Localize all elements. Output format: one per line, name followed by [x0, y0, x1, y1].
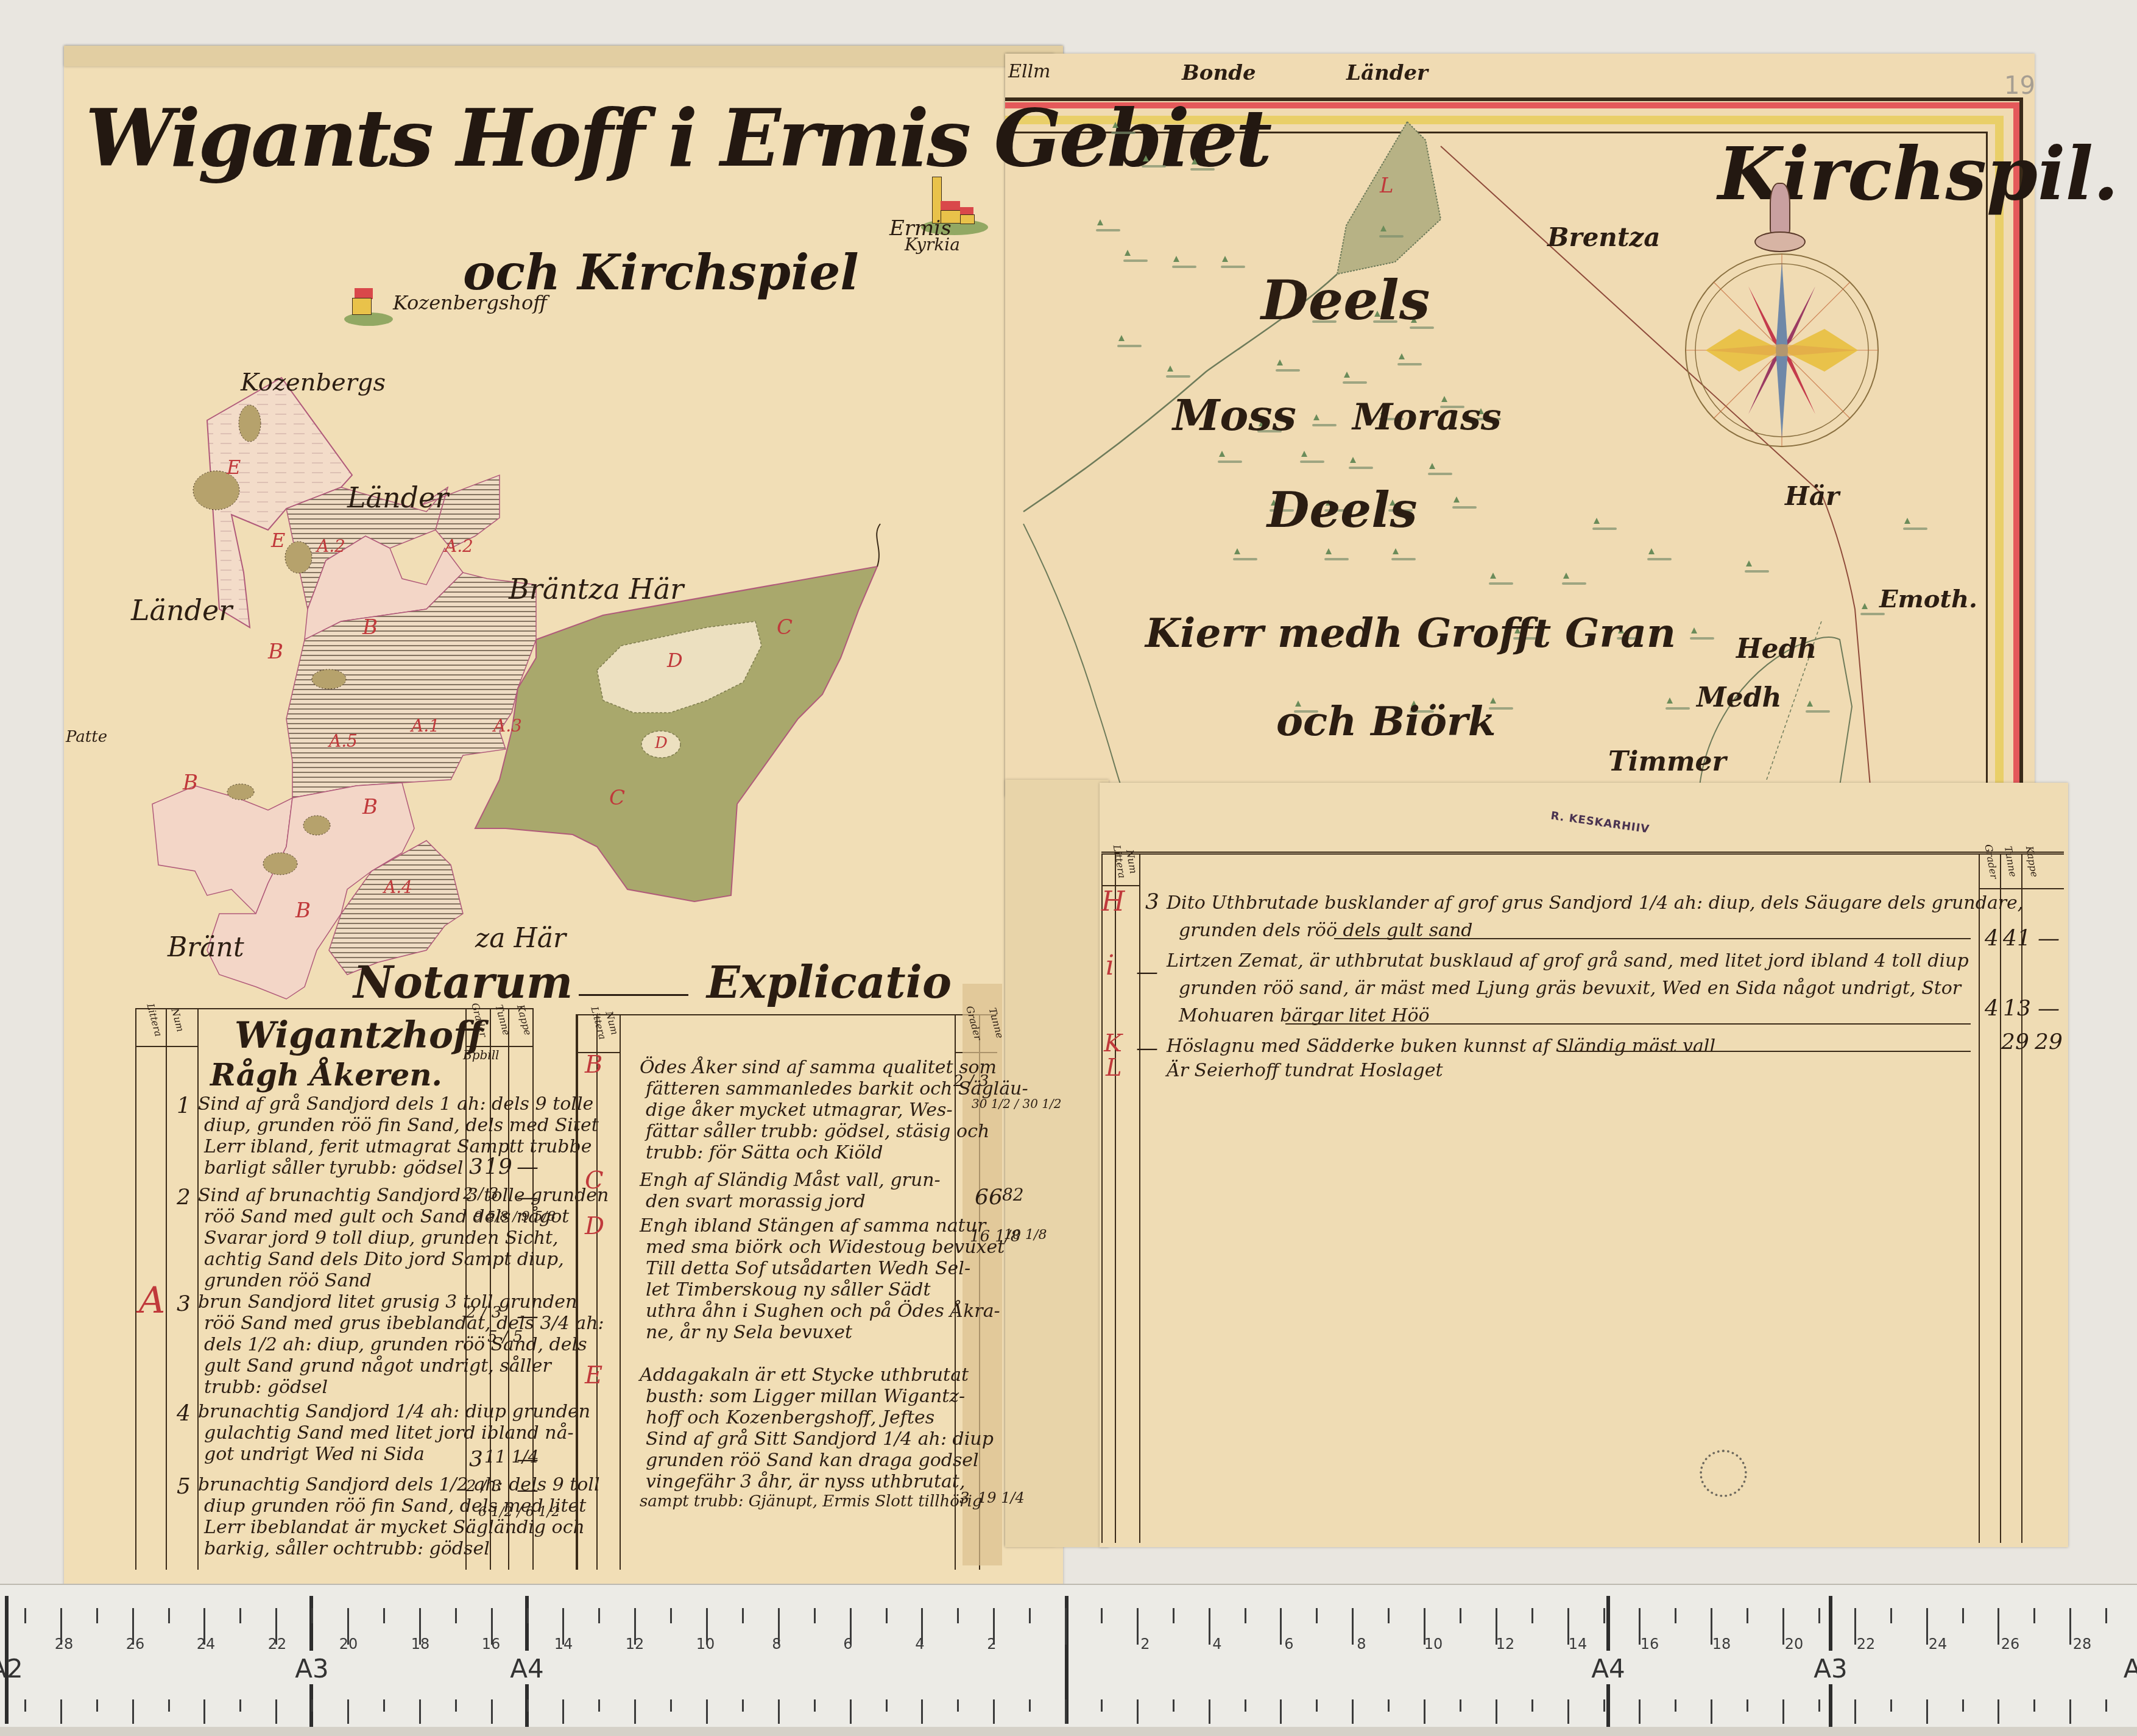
ruler-tick: [275, 1699, 277, 1724]
parcel-letter-b: B: [295, 898, 311, 923]
ruler-tick: [132, 1608, 134, 1645]
ruler-tick: [562, 1608, 564, 1645]
ruler-tick: [706, 1699, 708, 1724]
label-brantza-har: Bräntza Här: [509, 573, 683, 605]
label-lander-top: Länder: [347, 481, 448, 514]
ruler-tick: [2033, 1608, 2035, 1623]
section-letter-a: A: [139, 1279, 165, 1322]
ruler-label: 6: [1284, 1635, 1293, 1653]
ruler-tick: [1890, 1699, 1892, 1712]
ruler-tick: [1567, 1699, 1569, 1724]
ruler-label: 12: [1496, 1635, 1515, 1653]
ruler-tick: [1818, 1608, 1820, 1623]
ruler-tick: [1711, 1608, 1712, 1645]
label-hedh: Hedh: [1736, 633, 1817, 665]
ruler-tick: [132, 1699, 134, 1724]
label-lander-left: Länder: [131, 594, 232, 627]
ruler-tick: [24, 1608, 26, 1623]
ruler-tick: [1209, 1699, 1210, 1724]
parcel-letter-b: B: [362, 615, 378, 640]
ruler-tick: [814, 1608, 816, 1623]
parcel-letter-e: E: [227, 456, 241, 479]
label-har-right: Här: [1785, 481, 1839, 511]
ruler-tick: [1890, 1608, 1892, 1623]
ruler-label: 10: [696, 1635, 715, 1653]
ruler-tick: [168, 1608, 170, 1623]
ruler-tick: [1388, 1699, 1390, 1712]
label-deels-2: Deels: [1267, 481, 1418, 538]
ruler-tick: [60, 1608, 62, 1645]
ruler-tick: [1639, 1699, 1641, 1724]
ruler-tick: [921, 1699, 923, 1724]
ruler-label: 16: [1641, 1635, 1659, 1653]
ruler-tick: [347, 1608, 349, 1645]
label-kozenbergs: Kozenbergs: [241, 369, 386, 397]
ruler-tick: [1101, 1608, 1103, 1623]
ruler-tick: [1424, 1699, 1425, 1724]
archive-circle-stamp-icon: [1700, 1450, 1747, 1497]
ruler-tick: [455, 1699, 457, 1712]
parcel-letter-b: B: [268, 640, 283, 664]
estate-sub: Bpbill: [463, 1048, 500, 1062]
ruler-tick: [1567, 1608, 1569, 1645]
label-patte: Patte: [66, 728, 107, 746]
ruler-paper-label-a3-right: A3: [1814, 1654, 1847, 1684]
ruler-tick: [598, 1608, 600, 1623]
ruler-tick: [993, 1608, 995, 1645]
ruler-tick: [60, 1699, 62, 1724]
ruler-tick: [1173, 1699, 1174, 1712]
ruler-tick: [1316, 1699, 1318, 1712]
ruler-label: 18: [1712, 1635, 1731, 1653]
ruler-label: 28: [55, 1635, 74, 1653]
ruler-tick: [670, 1608, 672, 1623]
ruler-tick: [1747, 1608, 1748, 1623]
label-kierr-medh-grofft-gran: Kierr medh Grofft Gran: [1145, 609, 1676, 657]
ruler-tick: [203, 1699, 205, 1724]
ruler-label: 26: [2001, 1635, 2020, 1653]
ruler-tick: [2033, 1699, 2035, 1712]
ruler-label: 24: [1929, 1635, 1948, 1653]
ruler-label: 2: [1140, 1635, 1150, 1653]
ruler-tick: [1496, 1699, 1497, 1724]
ruler-mark-a4-right: [1606, 1596, 1610, 1651]
ruler-tick: [1711, 1699, 1712, 1724]
ruler-tick: [957, 1699, 959, 1712]
ruler-tick: [1245, 1608, 1246, 1623]
ruler-tick: [1245, 1699, 1246, 1712]
parcel-letter-c: C: [609, 786, 625, 810]
ruler-tick: [1029, 1608, 1031, 1623]
ruler-label: 14: [1569, 1635, 1588, 1653]
ruler-tick: [886, 1608, 888, 1623]
parcel-letter-c: C: [777, 615, 793, 640]
ruler-mark-a2-left: [5, 1596, 9, 1724]
ruler-tick: [1173, 1608, 1174, 1623]
ruler-tick: [1675, 1608, 1676, 1623]
ruler-tick: [1280, 1608, 1282, 1645]
ruler-label: 8: [1357, 1635, 1366, 1653]
ruler-tick: [96, 1608, 98, 1623]
ruler-tick: [1782, 1608, 1784, 1645]
ruler-tick: [455, 1608, 457, 1623]
ruler-tick: [1818, 1699, 1820, 1712]
parcel-letter-d: D: [667, 649, 683, 672]
estate-title: Wigantzhoff: [235, 1014, 484, 1057]
ruler-tick: [168, 1699, 170, 1712]
parcel-letter-b: B: [183, 771, 198, 795]
ruler-tick: [1997, 1608, 1999, 1645]
ruler-tick: [1460, 1699, 1461, 1712]
ruler-tick: [419, 1608, 421, 1645]
ruler-tick: [850, 1699, 852, 1724]
label-och-biork: och Biörk: [1276, 697, 1496, 745]
label-brant: Bränt: [168, 932, 244, 963]
ruler-tick: [1962, 1608, 1964, 1623]
ruler-label: 10: [1424, 1635, 1443, 1653]
ruler-label: 26: [126, 1635, 145, 1653]
ruler-tick: [1137, 1608, 1139, 1645]
parcel-letter-a3: A.3: [493, 716, 522, 736]
section-title: Rågh Åkeren.: [210, 1057, 442, 1093]
ruler-tick: [1065, 1699, 1067, 1724]
ruler-tick: [2105, 1608, 2107, 1623]
ruler-tick: [1675, 1699, 1676, 1712]
ruler-tick: [239, 1699, 241, 1712]
ruler-tick: [383, 1608, 385, 1623]
ruler-tick: [1926, 1699, 1928, 1724]
ruler-tick: [203, 1608, 205, 1645]
parcel-letter-a2: A.2: [445, 536, 473, 556]
ruler-tick: [311, 1608, 313, 1623]
ruler-tick: [1962, 1699, 1964, 1712]
label-deels: Deels: [1261, 268, 1430, 333]
ruler-tick: [1639, 1608, 1641, 1645]
ruler-tick: [1782, 1699, 1784, 1724]
ruler-tick: [634, 1608, 636, 1645]
parcel-letter-a5: A.5: [329, 731, 358, 751]
parcel-letter-a2: A.2: [317, 536, 345, 556]
ruler-tick: [1280, 1699, 1282, 1724]
ruler-tick: [742, 1608, 744, 1623]
parcel-letter-e: E: [271, 529, 285, 552]
ruler-tick: [1065, 1608, 1067, 1645]
ruler-tick: [1603, 1608, 1605, 1623]
parcel-letter-l: L: [1380, 174, 1394, 198]
ruler-mark-a4-left: [525, 1596, 529, 1651]
ruler-tick: [778, 1608, 780, 1645]
ruler-tick: [1496, 1608, 1497, 1645]
legend-heading-notarum: Notarum: [353, 956, 573, 1008]
ruler-tick: [1460, 1608, 1461, 1623]
ruler-shadow: [0, 1727, 2137, 1736]
ruler-label: 2: [987, 1635, 996, 1653]
ruler-tick: [993, 1699, 995, 1724]
ruler-tick: [1747, 1699, 1748, 1712]
ruler-tick: [670, 1699, 672, 1712]
estate-parcel-map: [0, 0, 1036, 1036]
ruler-tick: [96, 1699, 98, 1712]
ruler-tick: [1137, 1699, 1139, 1724]
label-bonde: Bonde: [1182, 61, 1256, 85]
ruler-tick: [957, 1608, 959, 1623]
ruler-tick: [1997, 1699, 1999, 1724]
ruler-tick: [527, 1699, 529, 1712]
ruler-paper-label-a2-left: A2: [0, 1654, 23, 1684]
ruler-tick: [1926, 1608, 1928, 1645]
ruler-tick: [239, 1608, 241, 1623]
label-emoth: Emoth.: [1879, 585, 1977, 613]
ruler-tick: [527, 1608, 529, 1623]
ruler-label: 22: [1857, 1635, 1876, 1653]
archive-number: 19: [2004, 72, 2035, 100]
fleur-de-lis-icon: [1754, 183, 1803, 256]
parcel-letter-d: D: [655, 734, 668, 752]
ruler-paper-label-a4-right: A4: [1591, 1654, 1625, 1684]
ruler-tick: [383, 1699, 385, 1712]
ruler-paper-label-a2-right: A: [2124, 1654, 2137, 1684]
ruler-tick: [491, 1699, 493, 1724]
ruler-tick: [1603, 1699, 1605, 1712]
legend-heading-explicatio: Explicatio: [707, 956, 952, 1008]
label-morass: Morass: [1352, 396, 1501, 439]
ruler-label: 20: [1785, 1635, 1804, 1653]
ruler-tick: [419, 1699, 421, 1724]
ruler-tick: [491, 1608, 493, 1645]
ruler-tick: [1029, 1699, 1031, 1712]
ruler-tick: [850, 1608, 852, 1645]
label-brentza: Brentza: [1547, 222, 1660, 252]
ruler-tick: [311, 1699, 313, 1712]
parcel-letter-b: B: [362, 795, 378, 819]
ruler-tick: [275, 1608, 277, 1645]
parcel-letter-a4: A.4: [384, 877, 412, 897]
label-medh: Medh: [1697, 682, 1781, 713]
ruler-tick: [814, 1699, 816, 1712]
ruler-tick: [1531, 1608, 1533, 1623]
ruler-tick: [1424, 1608, 1425, 1645]
ruler-tick: [1209, 1608, 1210, 1645]
ruler-tick: [598, 1699, 600, 1712]
ruler-tick: [347, 1699, 349, 1724]
ruler-label: 8: [772, 1635, 781, 1653]
ruler-tick: [1352, 1608, 1354, 1645]
ruler-paper-label-a3-left: A3: [295, 1654, 328, 1684]
ruler-mark-a3-right: [1829, 1684, 1832, 1727]
ruler-label: 4: [1212, 1635, 1221, 1653]
ruler-label: 28: [2073, 1635, 2092, 1653]
ruler-mark-a4-right: [1606, 1684, 1610, 1727]
ruler-tick: [706, 1608, 708, 1645]
ruler-tick: [886, 1699, 888, 1712]
ruler-tick: [2069, 1699, 2071, 1724]
ruler-tick: [1854, 1608, 1856, 1645]
ruler-tick: [742, 1699, 744, 1712]
ruler-tick: [2105, 1699, 2107, 1712]
ruler-tick: [921, 1608, 923, 1645]
ruler-tick: [1854, 1699, 1856, 1724]
ruler-tick: [1531, 1699, 1533, 1712]
parcel-letter-a1: A.1: [411, 716, 440, 736]
ruler-tick: [562, 1699, 564, 1724]
ruler-tick: [1316, 1608, 1318, 1623]
ruler-mark-a3-right: [1829, 1596, 1832, 1651]
ruler-paper-label-a4-left: A4: [510, 1654, 543, 1684]
ruler-tick: [634, 1699, 636, 1724]
ruler-tick: [1388, 1608, 1390, 1623]
ruler-mark-a3-left: [309, 1596, 313, 1651]
ruler-tick: [778, 1699, 780, 1724]
ruler-tick: [1352, 1699, 1354, 1724]
label-timmer: Timmer: [1608, 746, 1726, 777]
ruler-tick: [24, 1699, 26, 1712]
label-za-har: za Här: [475, 923, 566, 954]
heading-rule: [579, 994, 688, 996]
label-lander-right: Länder: [1346, 61, 1428, 85]
compass-rose-icon: [1681, 250, 1882, 451]
label-moss: Moss: [1173, 390, 1296, 440]
label-ellm: Ellm: [1008, 61, 1051, 82]
ruler-tick: [1101, 1699, 1103, 1712]
ruler-tick: [2069, 1608, 2071, 1645]
ruler-label: 24: [197, 1635, 216, 1653]
